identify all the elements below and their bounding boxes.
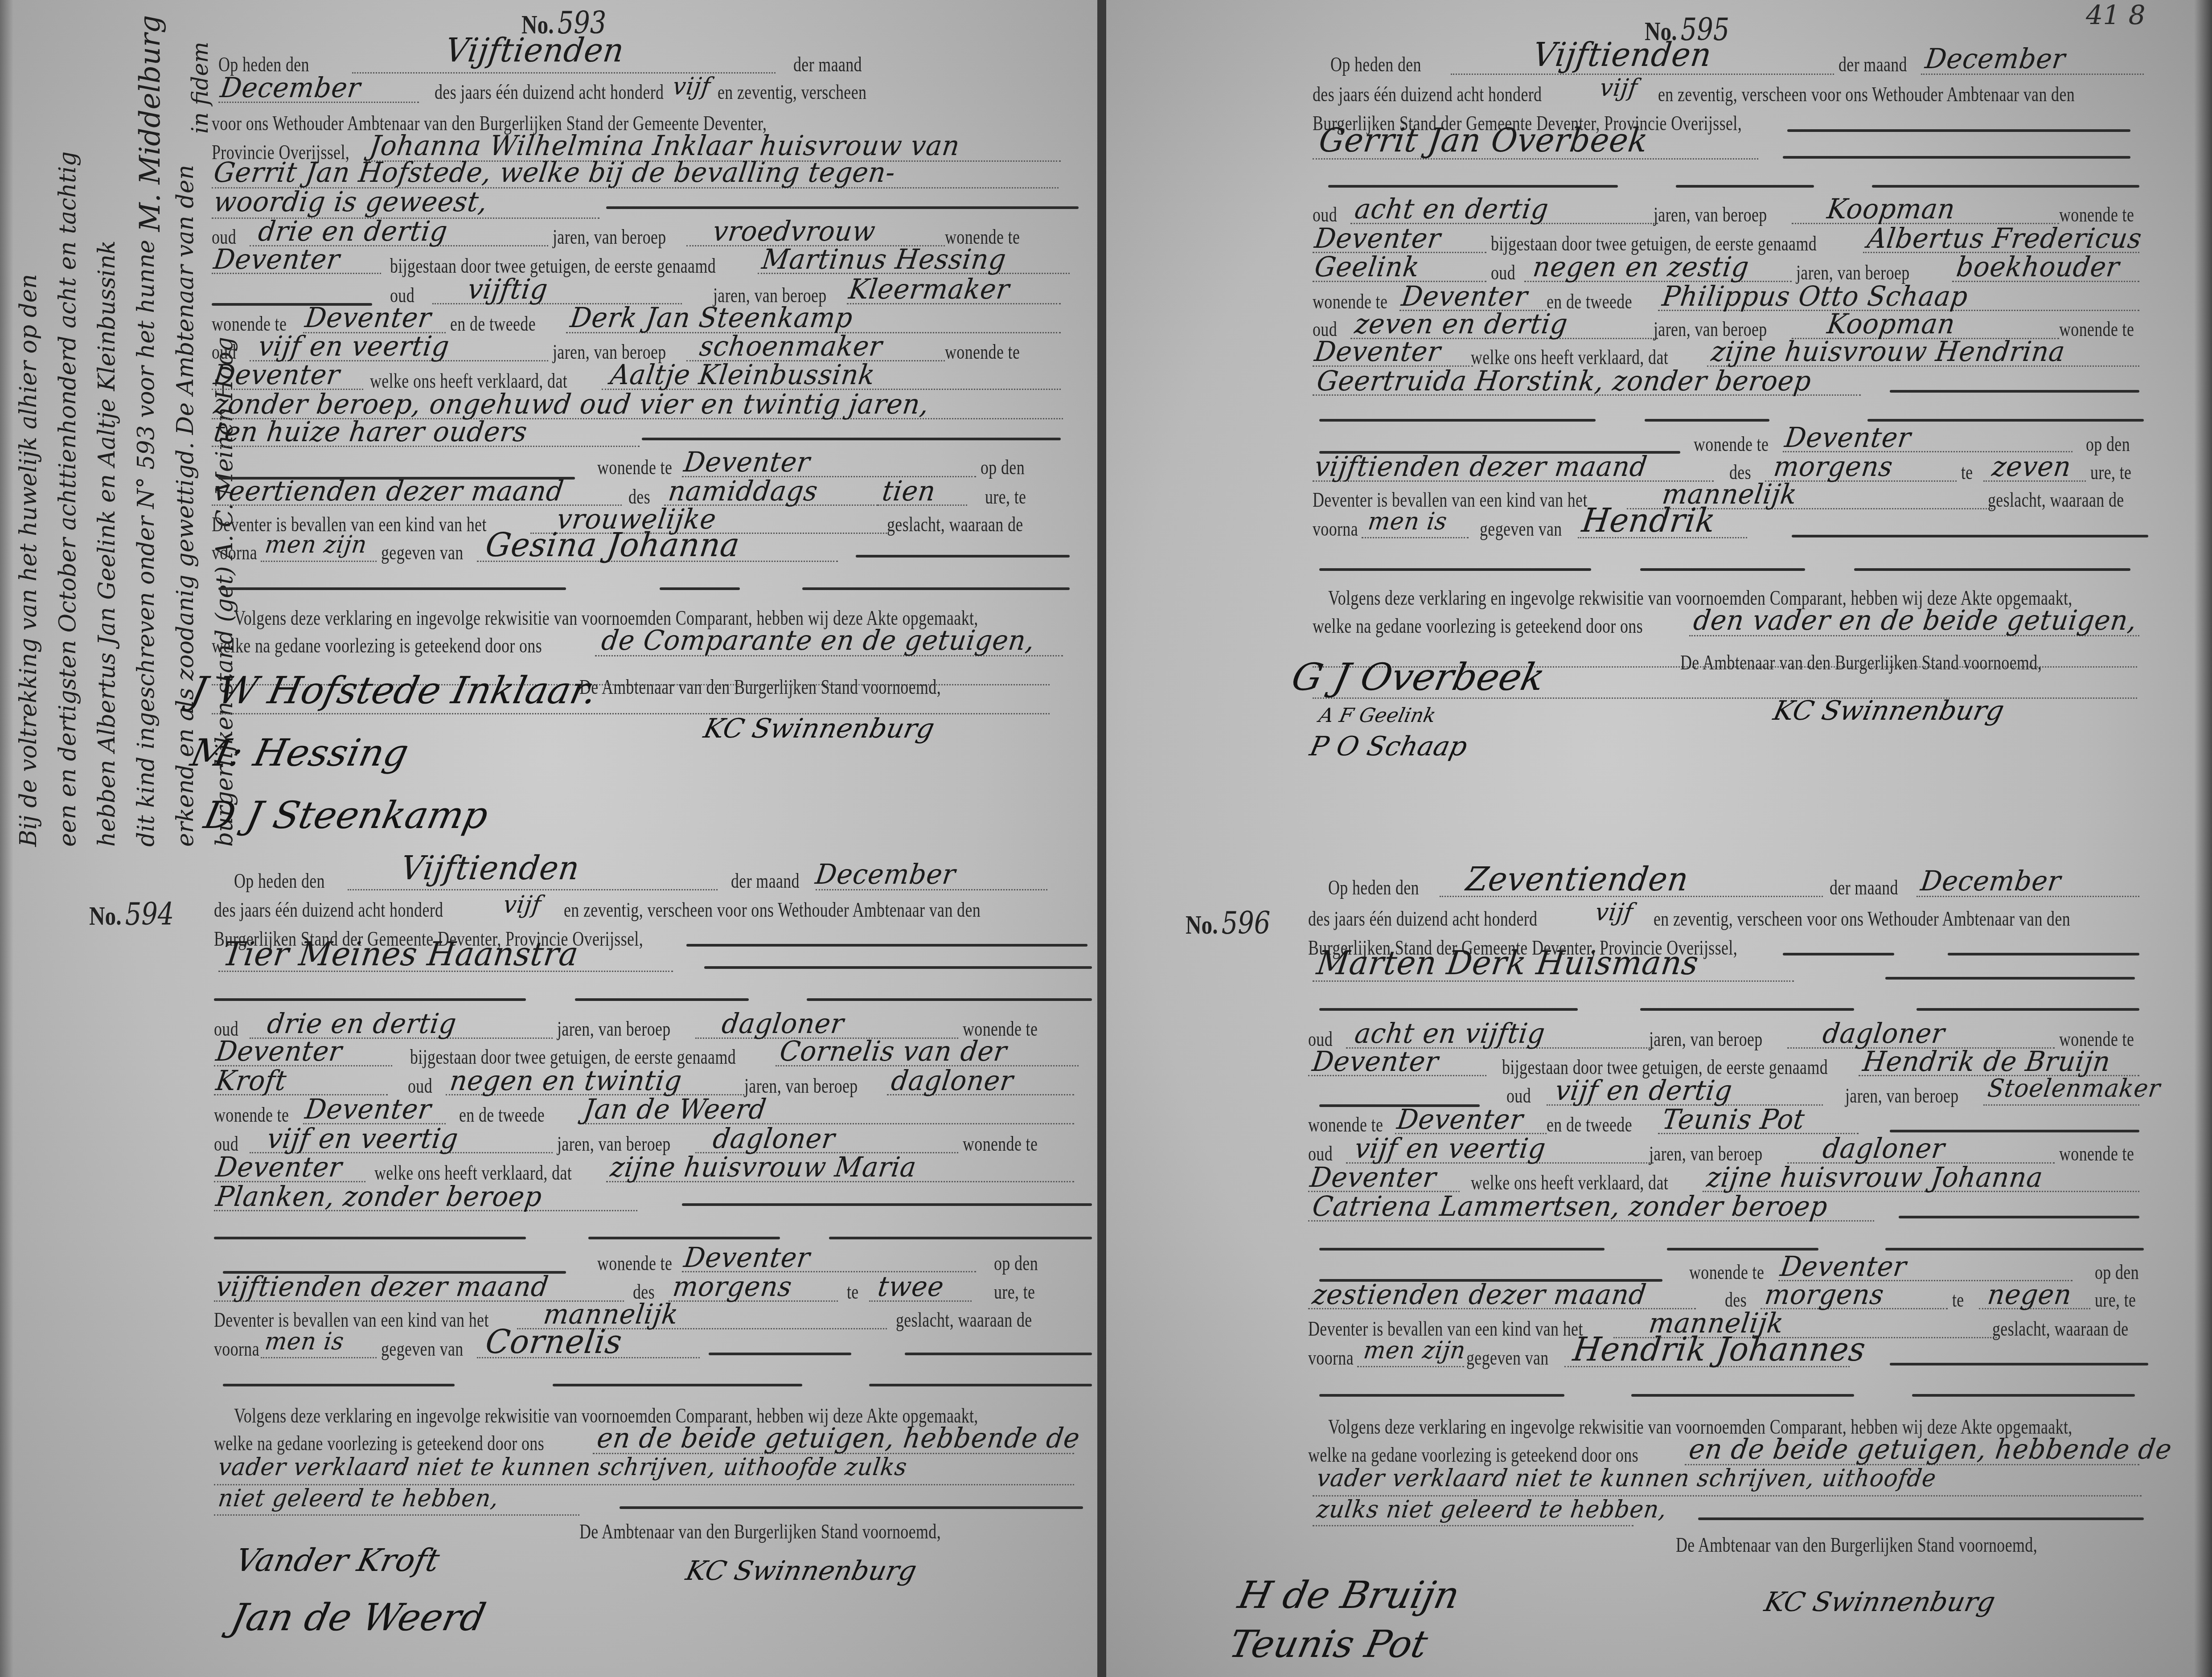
handwritten-residence: Deventer: [214, 1035, 344, 1067]
handwritten-birth-place: Deventer: [1783, 421, 1913, 454]
printed-voorna: voorna: [212, 541, 257, 564]
strike-rule: [1319, 1008, 1578, 1011]
printed-en-de-tweede: en de tweede: [459, 1103, 545, 1127]
strike-rule: [1885, 1248, 2144, 1251]
printed-welke-na: welke na gedane voorlezing is geteekend …: [214, 1431, 544, 1455]
strike-rule: [1783, 953, 1894, 955]
handwritten-mother-details: Catriena Lammertsen, zonder beroep: [1310, 1190, 1830, 1222]
handwritten-day: Vijftienden: [1531, 36, 1714, 74]
printed-te: te: [1952, 1288, 1964, 1312]
handwritten-signed-by: den vader en de beide getuigen,: [1691, 604, 2139, 636]
handwritten-witness2-age: vijf en veertig: [265, 1122, 460, 1155]
strike-rule: [214, 1237, 526, 1239]
printed-geslacht: geslacht, waaraan de: [887, 513, 1023, 536]
strike-rule: [1319, 1248, 1605, 1251]
handwritten-birth-place: Deventer: [682, 1241, 812, 1274]
printed-wonende-te: wonende te: [945, 340, 1020, 364]
handwritten-age: acht en dertig: [1353, 193, 1551, 225]
printed-wonende-te: wonende te: [1694, 432, 1769, 456]
strike-rule: [829, 1237, 1092, 1239]
signature-witness1: M: Hessing: [187, 731, 413, 775]
printed-gegeven-van: gegeven van: [381, 1337, 464, 1361]
strike-rule: [709, 1353, 851, 1355]
strike-rule: [802, 587, 1070, 590]
printed-ambtenaar: De Ambtenaar van den Burgerlijken Stand …: [1676, 1533, 2037, 1557]
printed-te: te: [1961, 460, 1973, 484]
handwritten-signed-by: de Comparante en de getuigen,: [599, 624, 1037, 656]
signature-official: KC Swinnenburg: [683, 1555, 919, 1587]
handwritten-year: vijf: [671, 72, 713, 100]
printed-op-den: op den: [2095, 1260, 2139, 1284]
signature-comparant: J W Hofstede Inklaar.: [187, 668, 601, 712]
handwritten-time-of-day: morgens: [1763, 1278, 1886, 1311]
strike-rule: [1676, 185, 1814, 188]
printed-des-jaars: des jaars één duizend acht honderd: [214, 898, 443, 922]
handwritten-witness1-cont: Geelink: [1313, 250, 1421, 283]
handwritten-child-name: Hendrik Johannes: [1571, 1330, 1868, 1369]
handwritten-signed-by: vader verklaard niet te kunnen schrijven…: [1315, 1464, 1938, 1492]
handwritten-witness1: Hendrik de Bruijn: [1861, 1045, 2113, 1078]
printed-jaren-beroep: jaren, van beroep: [1845, 1084, 1959, 1107]
handwritten-witness2-age: vijf en veertig: [256, 330, 451, 362]
handwritten-witness2-residence: Deventer: [1313, 335, 1443, 368]
printed-ambtenaar: De Ambtenaar van den Burgerlijken Stand …: [579, 675, 941, 699]
strike-rule: [1885, 977, 2135, 980]
printed-geslacht: geslacht, waaraan de: [896, 1308, 1032, 1332]
handwritten-witness2-age: vijf en veertig: [1353, 1132, 1548, 1164]
handwritten-witness1-occupation: dagloner: [889, 1064, 1015, 1097]
strike-rule: [1783, 156, 2130, 159]
printed-der-maand: der maand: [1839, 53, 1907, 76]
printed-en-zeventig: en zeventig, verscheen voor ons Wethoude…: [564, 898, 981, 922]
handwritten-comparant: Gerrit Jan Overbeek: [1317, 121, 1650, 160]
signature-witness2: D J Steenkamp: [201, 793, 492, 837]
printed-bevallen: Deventer is bevallen van een kind van he…: [1313, 488, 1588, 512]
printed-op-heden-den: Op heden den: [1328, 876, 1419, 899]
handwritten-witness1-occupation: Stoelenmaker: [1986, 1074, 2162, 1103]
handwritten-day: Zeventienden: [1464, 860, 1691, 898]
handwritten-witness1-residence: Deventer: [1395, 1103, 1525, 1136]
printed-gegeven-van: gegeven van: [1466, 1346, 1549, 1369]
printed-wonende-te: wonende te: [597, 455, 672, 479]
strike-rule: [1319, 568, 1591, 571]
handwritten-hour: zeven: [1990, 450, 2073, 483]
strike-rule: [869, 1384, 1092, 1386]
printed-bevallen: Deventer is bevallen van een kind van he…: [214, 1308, 489, 1332]
handwritten-witness2-residence: Deventer: [214, 1151, 344, 1183]
handwritten-signed-by: niet geleerd te hebben,: [217, 1484, 501, 1512]
printed-der-maand: der maand: [793, 53, 862, 76]
handwritten-witness1-cont: Kroft: [214, 1064, 289, 1097]
handwritten-witness1-age: vijftig: [466, 273, 550, 305]
margin-note-line: een en dertigsten October achttienhonder…: [48, 9, 87, 847]
handwritten-witness1-residence: Deventer: [303, 1093, 433, 1125]
marginal-annotation: Bij de voltrekking van het huwelijk alhi…: [9, 9, 241, 847]
handwritten-mother: zijne huisvrouw Johanna: [1705, 1161, 2045, 1193]
handwritten-witness2-occupation: schoenmaker: [698, 330, 884, 362]
handwritten-name-suffix: men is: [263, 1327, 346, 1355]
handwritten-witness2-residence: Deventer: [1308, 1161, 1438, 1193]
printed-jaren-beroep: jaren, van beroep: [1654, 203, 1767, 226]
handwritten-mother-details: Geertruida Horstink, zonder beroep: [1315, 365, 1814, 397]
printed-wonende-te: wonende te: [1689, 1260, 1764, 1284]
printed-wonende-te: wonende te: [2059, 317, 2134, 341]
handwritten-residence: Deventer: [212, 243, 342, 275]
strike-rule: [660, 587, 740, 590]
handwritten-month: December: [813, 858, 958, 890]
handwritten-witness2: Derk Jan Steenkamp: [568, 301, 855, 334]
printed-welke-na: welke na gedane voorlezing is geteekend …: [1313, 614, 1643, 638]
strike-rule: [856, 555, 1070, 558]
printed-jaren-beroep: jaren, van beroep: [557, 1017, 671, 1041]
strike-rule: [686, 944, 1088, 947]
strike-rule: [1912, 1394, 2135, 1397]
handwritten-mother: zijne huisvrouw Maria: [608, 1151, 919, 1183]
handwritten-comparant: Gerrit Jan Hofstede, welke bij de bevall…: [212, 156, 897, 189]
fill-line: [1313, 1525, 1633, 1526]
handwritten-comparant: woordig is geweest,: [212, 185, 489, 218]
handwritten-month: December: [1923, 42, 2068, 75]
handwritten-month: December: [1919, 865, 2063, 897]
handwritten-witness1-occupation: boekhouder: [1954, 250, 2122, 283]
printed-des-jaars: des jaars één duizend acht honderd: [1313, 82, 1542, 106]
handwritten-witness1: Albertus Fredericus: [1865, 222, 2144, 254]
margin-note-line: Bij de voltrekking van het huwelijk alhi…: [9, 9, 48, 847]
fill-line: [1983, 1104, 2139, 1106]
handwritten-birth-date: vijftienden dezer maand: [1313, 450, 1649, 483]
printed-der-maand: der maand: [731, 869, 800, 893]
strike-rule: [1698, 1517, 2144, 1520]
handwritten-mother-details: Planken, zonder beroep: [214, 1180, 544, 1213]
signature-witness2: P O Schaap: [1307, 731, 1470, 762]
strike-rule: [1640, 568, 1805, 571]
strike-rule: [1890, 390, 2139, 393]
printed-ure-te: ure, te: [994, 1280, 1035, 1304]
printed-jaren-beroep: jaren, van beroep: [1649, 1027, 1763, 1051]
printed-op-den: op den: [2086, 432, 2130, 456]
handwritten-witness1-age: negen en twintig: [448, 1064, 684, 1097]
handwritten-hour: negen: [1986, 1278, 2074, 1311]
margin-note-line: erkend en als zoodanig gewettigd. De Amb…: [166, 9, 205, 847]
handwritten-witness1-occupation: Kleermaker: [847, 273, 1012, 305]
handwritten-witness2: Jan de Weerd: [582, 1093, 768, 1125]
strike-rule: [1328, 185, 1618, 188]
printed-ure-te: ure, te: [2095, 1288, 2136, 1312]
printed-geslacht: geslacht, waaraan de: [1988, 488, 2124, 512]
handwritten-child-name: Gesina Johanna: [483, 526, 742, 564]
handwritten-name-suffix: men zijn: [1362, 1336, 1468, 1364]
printed-ambtenaar: De Ambtenaar van den Burgerlijken Stand …: [1680, 651, 2042, 674]
handwritten-birth-date: zestienden dezer maand: [1310, 1278, 1648, 1311]
strike-rule: [807, 998, 1092, 1001]
signature-official: KC Swinnenburg: [1762, 1587, 1998, 1618]
fill-line: [214, 1514, 579, 1516]
strike-rule: [223, 1384, 455, 1386]
handwritten-comparant: Tier Meines Haanstra: [220, 935, 581, 973]
printed-bijgestaan: bijgestaan door twee getuigen, de eerste…: [390, 254, 716, 278]
handwritten-witness1-age: vijf en dertig: [1553, 1074, 1734, 1107]
strike-rule: [218, 587, 566, 590]
handwritten-day: Vijftienden: [443, 31, 626, 70]
strike-rule: [1890, 1363, 2148, 1365]
strike-rule: [1917, 1008, 2139, 1011]
handwritten-place-detail: ten huize harer ouders: [212, 415, 529, 448]
handwritten-witness2-occupation: dagloner: [1821, 1132, 1947, 1164]
printed-welke-na: welke na gedane voorlezing is geteekend …: [1308, 1443, 1638, 1467]
signature-witness2: Teunis Pot: [1226, 1622, 1432, 1666]
printed-en-de-tweede: en de tweede: [1547, 1113, 1632, 1136]
strike-rule: [1792, 535, 2148, 537]
folio-number: 41 8: [2086, 0, 2146, 31]
strike-rule: [1854, 568, 2130, 571]
printed-voorna: voorna: [1313, 517, 1358, 541]
handwritten-year: vijf: [502, 890, 543, 918]
printed-ure-te: ure, te: [2090, 460, 2131, 484]
handwritten-birth-date: vijftienden dezer maand: [214, 1270, 550, 1303]
handwritten-signed-by: en de beide getuigen, hebbende de: [595, 1422, 1082, 1454]
page-edge-shadow: [2194, 0, 2212, 1677]
printed-voorna: voorna: [1308, 1346, 1354, 1369]
printed-te: te: [847, 1280, 859, 1304]
printed-op-den: op den: [981, 455, 1025, 479]
handwritten-witness2-occupation: dagloner: [711, 1122, 837, 1155]
handwritten-residence: Deventer: [1313, 222, 1443, 254]
handwritten-signed-by: zulks niet geleerd te hebben,: [1315, 1495, 1669, 1523]
handwritten-comparant: Marten Derk Huismans: [1314, 944, 1701, 982]
margin-initials: in fidem: [187, 42, 213, 134]
handwritten-child-name: Cornelis: [483, 1323, 624, 1361]
handwritten-witness2: Teunis Pot: [1660, 1103, 1807, 1136]
printed-gegeven-van: gegeven van: [381, 541, 464, 564]
handwritten-signed-by: vader verklaard niet te kunnen schrijven…: [217, 1453, 909, 1481]
strike-rule: [1899, 1216, 2139, 1218]
printed-en-de-tweede: en de tweede: [450, 312, 536, 336]
strike-rule: [1872, 185, 2139, 188]
printed-wonende-te: wonende te: [963, 1132, 1038, 1156]
strike-rule: [704, 966, 1092, 969]
printed-wonende-te: wonende te: [597, 1251, 672, 1275]
handwritten-month: December: [218, 71, 363, 104]
fill-line: [261, 561, 377, 562]
handwritten-name-suffix: men is: [1367, 507, 1449, 535]
handwritten-witness2-residence: Deventer: [212, 358, 342, 391]
strike-rule: [1948, 953, 2139, 955]
strike-rule: [1631, 1394, 1854, 1397]
signature-father: G J Overbeek: [1288, 655, 1549, 699]
strike-rule: [905, 1353, 1092, 1355]
printed-der-maand: der maand: [1830, 876, 1898, 899]
handwritten-occupation: Koopman: [1825, 193, 1957, 225]
handwritten-witness1-residence: Deventer: [303, 301, 433, 334]
fill-line: [261, 1357, 377, 1358]
margin-signature: M. Middelburg: [134, 15, 167, 232]
printed-welke-na: welke na gedane voorlezing is geteekend …: [212, 634, 542, 657]
strike-rule: [1319, 419, 1596, 422]
printed-jaren-beroep: jaren, van beroep: [553, 225, 666, 249]
printed-ure-te: ure, te: [985, 485, 1026, 508]
book-gutter: [1097, 0, 1107, 1677]
printed-wonende-te: wonende te: [2059, 1142, 2134, 1165]
handwritten-hour: tien: [880, 475, 938, 507]
printed-op-heden-den: Op heden den: [234, 869, 325, 893]
record-number: No.596: [1186, 905, 1270, 941]
signature-witness1: A F Geelink: [1317, 704, 1438, 727]
handwritten-mother: zijne huisvrouw Hendrina: [1709, 335, 2067, 368]
strike-rule: [1640, 1008, 1854, 1011]
printed-en-zeventig: en zeventig, verscheen: [718, 80, 866, 104]
printed-voorna: voorna: [214, 1337, 259, 1361]
handwritten-time-of-day: morgens: [671, 1270, 794, 1303]
handwritten-mother: Aaltje Kleinbussink: [608, 358, 877, 391]
handwritten-day: Vijftienden: [398, 849, 582, 887]
signature-witness1: Vander Kroft: [232, 1542, 443, 1579]
handwritten-birth-date: veertienden dezer maand: [212, 475, 566, 507]
printed-geslacht: geslacht, waaraan de: [1992, 1317, 2129, 1341]
signature-official: KC Swinnenburg: [1771, 695, 2007, 726]
signature-witness1: H de Bruijn: [1235, 1573, 1464, 1617]
strike-rule: [588, 1237, 780, 1239]
fill-line: [1357, 1366, 1464, 1367]
printed-ambtenaar: De Ambtenaar van den Burgerlijken Stand …: [579, 1520, 941, 1543]
printed-des-jaars: des jaars één duizend acht honderd: [1308, 907, 1537, 931]
handwritten-name-suffix: men zijn: [263, 530, 369, 558]
strike-rule: [1645, 419, 1769, 422]
strike-rule: [1787, 129, 2130, 132]
signature-official: KC Swinnenburg: [701, 713, 937, 744]
printed-en-zeventig: en zeventig, verscheen voor ons Wethoude…: [1654, 907, 2070, 931]
record-number: No.594: [89, 896, 174, 932]
strike-rule: [214, 998, 526, 1001]
strike-rule: [620, 1506, 1083, 1509]
handwritten-signed-by: en de beide getuigen, hebbende de: [1687, 1433, 2174, 1465]
handwritten-year: vijf: [1598, 74, 1640, 102]
strike-rule: [682, 1203, 1092, 1206]
handwritten-child-name: Hendrik: [1580, 501, 1718, 540]
handwritten-residence: Deventer: [1310, 1045, 1440, 1078]
handwritten-birth-place: Deventer: [682, 446, 812, 478]
margin-note-line: hebben Albertus Jan Geelink en Aaltje Kl…: [87, 9, 127, 847]
handwritten-witness1: Cornelis van der: [778, 1035, 1009, 1067]
printed-des-jaars: des jaars één duizend acht honderd: [435, 80, 664, 104]
strike-rule: [1319, 1394, 1564, 1397]
handwritten-witness1: Martinus Hessing: [760, 243, 1008, 275]
fill-line: [1362, 537, 1469, 538]
strike-rule: [553, 1384, 802, 1386]
signature-witness2: Jan de Weerd: [227, 1595, 489, 1639]
strike-rule: [606, 206, 1079, 209]
printed-gegeven-van: gegeven van: [1480, 517, 1562, 541]
handwritten-year: vijf: [1594, 898, 1635, 926]
handwritten-hour: twee: [876, 1270, 946, 1303]
handwritten-witness1-age: negen en zestig: [1531, 250, 1751, 283]
strike-rule: [642, 438, 1061, 440]
strike-rule: [575, 998, 749, 1001]
printed-op-heden-den: Op heden den: [1330, 53, 1421, 76]
printed-op-den: op den: [994, 1251, 1038, 1275]
printed-en-zeventig: en zeventig, verscheen voor ons Wethoude…: [1658, 82, 2075, 106]
